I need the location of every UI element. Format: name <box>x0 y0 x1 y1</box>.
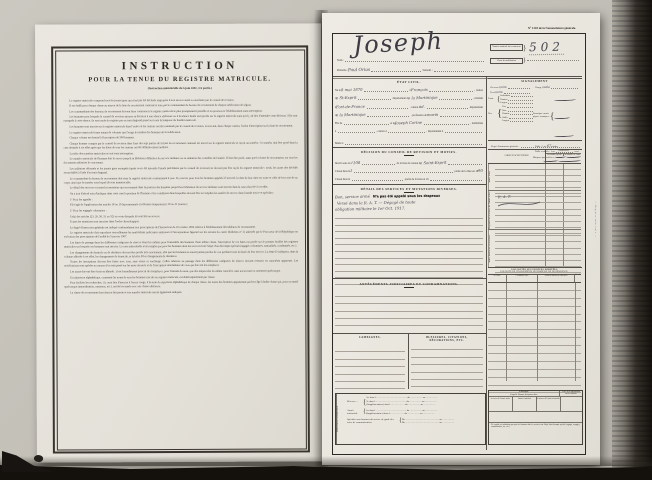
services-handwriting-block: Bon, service armé N'a pas été appelé sou… <box>333 192 485 212</box>
services-ruled-area <box>333 212 485 285</box>
ruled-line <box>488 291 581 299</box>
list-item: Celui des articles (23, 26, 50, 51 ou 52… <box>64 214 298 219</box>
etat-civil-line: d e St-Esprit département d e la Martini… <box>333 92 485 100</box>
ruled-line <box>335 245 483 252</box>
dotted-rule <box>434 71 484 72</box>
territoriale-label: Armée territoriale <box>347 409 363 415</box>
corps-group-armee-active: Armée active <box>488 164 581 191</box>
localites-title: LOCALITÉS SUCCESSIVES HABITÉES PAR SUITE… <box>488 269 581 273</box>
nom-label: Nom : <box>337 59 344 62</box>
localites-col-dates: DATES <box>488 275 507 282</box>
ruled-line <box>335 226 483 233</box>
printed-label: partie de la liste en 19 <box>405 178 429 181</box>
renseignements-values <box>554 89 581 143</box>
printed-label: partie de la liste en 18 <box>455 170 479 173</box>
dotted-rule <box>508 88 530 89</box>
epoque-col2: l'armée territoriale <box>513 397 537 411</box>
printed-label: , profession de <box>411 114 427 117</box>
list-item: La classe de recrutement dont chacun fai… <box>64 290 298 295</box>
ruled-line <box>335 360 405 367</box>
handwritten-value: e Saint-Esprit <box>420 160 447 166</box>
corps-group-disponibilite: Disponibilité et réserve de l'armée acti… <box>488 191 581 230</box>
ruled-line <box>488 354 581 362</box>
list-item: Les changements de domicile ou de réside… <box>64 250 298 259</box>
printed-label: Marié à <box>335 142 343 145</box>
ruled-line <box>488 346 581 354</box>
blessures-title-line2: DÉCORATIONS, ETC. <box>430 339 465 342</box>
section-rule <box>488 267 582 268</box>
localites-col-communes: COMMUNES <box>507 275 538 282</box>
brace-glyph: } <box>523 44 526 52</box>
services-hw-line1: Bon, service armé <box>335 194 370 200</box>
ruled-line <box>411 373 483 380</box>
printed-label: Né le <box>335 89 341 92</box>
corps-group-territoriale: Armée territoriale et sa réserve <box>488 230 581 267</box>
epoque-col1: la réserve de l'armée active <box>489 397 513 411</box>
handwritten-value: noirs <box>495 90 503 94</box>
ruled-line <box>488 299 581 307</box>
list-item: On a tout d'abord soin d'indiquer dans c… <box>64 191 298 196</box>
surnom-label: Surnom : <box>423 69 433 72</box>
handwritten-value: ovale <box>541 85 549 89</box>
handwritten-value: noirs <box>498 85 506 89</box>
printed-label: Front <box>488 97 497 100</box>
instruction-title: INSTRUCTION <box>53 59 306 72</box>
list-item: Les hommes sont inscrits sur le registre… <box>63 125 297 130</box>
territoriale-rows: 1re dans l………………………………… du …………… au …………… <box>366 409 482 416</box>
list-item: Toutes les inscriptions doivent être fai… <box>64 260 298 269</box>
list-item: Les dates de passage dans les différente… <box>64 241 298 250</box>
instruction-subtitle: POUR LA TENUE DU REGISTRE MATRICULE. <box>53 75 306 83</box>
prenoms-label: Prénoms : <box>337 69 348 72</box>
ruled-line <box>335 265 483 272</box>
printed-label: de la liste du canton d <box>397 162 421 165</box>
list-item: Hauteur <box>502 112 533 116</box>
handwritten-value: Joseph Corine <box>395 120 422 126</box>
list-item: Saillie <box>502 115 533 119</box>
ruled-line <box>411 380 483 387</box>
list-item: Les militaires réformés et les jeunes ge… <box>64 166 298 175</box>
list-item: (Supplémentaires) dans l……………… du …………… … <box>366 403 482 407</box>
table-vline <box>537 283 538 381</box>
printed-label: , canton d <box>410 106 421 109</box>
group-ruled-rows <box>495 230 581 267</box>
dotted-rule <box>445 132 482 133</box>
dotted-rule <box>429 91 473 92</box>
epoque-col3: la réserve de l'armée territoriale <box>537 397 561 411</box>
list-item: (Supplémentaires) dans l……………… du …………… … <box>366 412 482 416</box>
nomenclature-number: N° 1203 de la Nomenclature générale. <box>528 26 576 30</box>
list-item: Le registre matricule doit reproduire te… <box>64 231 298 240</box>
list-item: Le registre matricule comprend tous les … <box>63 98 297 103</box>
printed-label: département d <box>393 97 408 100</box>
handwritten-value: 90 <box>478 168 483 173</box>
ruled-line <box>335 345 405 352</box>
decision-line: Classé dans la 1 partie de la liste en 1… <box>333 165 485 173</box>
printed-label: Cheveux <box>490 86 499 89</box>
dotted-rule <box>521 147 580 148</box>
ruled-line <box>335 367 405 374</box>
renseignements-group: Renseigne- ments physio- nomiques : { <box>533 89 581 143</box>
dotted-rule <box>352 180 404 181</box>
group-ruled-rows <box>495 164 581 190</box>
decision-section: DÉCISION DU CONSEIL DE REVISION ET MOTIF… <box>333 150 485 181</box>
handwritten-value: marin <box>427 112 438 117</box>
localites-ruled-rows <box>488 283 581 393</box>
handwritten-value: 108 <box>353 160 360 165</box>
handwriting-illegible <box>554 98 576 102</box>
list-item: Hauteur <box>500 97 533 101</box>
localites-col-subdivision: SUBDIVISION DE RÉGION <box>538 275 575 282</box>
list-item: Indications <box>500 94 533 98</box>
instruction-note: (Instruction ministérielle du 6 juin 186… <box>53 85 306 90</box>
instruction-header: INSTRUCTION POUR LA TENUE DU REGISTRE MA… <box>53 59 306 90</box>
printed-label: Nez <box>488 112 497 115</box>
ruled-line <box>488 370 581 378</box>
list-item: La série des numéros matricules se suit … <box>64 151 298 156</box>
handwritten-value: 8 mai 1870 <box>341 87 363 92</box>
dotted-rule <box>345 61 483 62</box>
blessures-ruled-area <box>409 342 485 387</box>
epoque-subtitle: à laquelle l'homme doit passer dans : <box>489 394 559 396</box>
speciales-rows: Du …………………………………… au ……………Du ……………………………… <box>402 418 482 425</box>
printed-label: Classé dans la <box>335 178 350 181</box>
antecedents-section: ANTÉCÉDENTS JUDICIAIRES ET CONDAMNATIONS… <box>333 282 485 334</box>
dotted-rule <box>344 124 389 125</box>
etat-civil-line: Fils de et de Joseph Corine , domiciliés <box>333 117 485 125</box>
group-label: Armée active <box>488 164 495 190</box>
list-item: Largeur <box>502 119 533 123</box>
decision-title: DÉCISION DU CONSEIL DE REVISION ET MOTIF… <box>333 150 485 155</box>
list-item: Toutes les mutations sont inscrites dans… <box>64 220 298 225</box>
ruled-line <box>335 232 483 239</box>
numeros-sub1: au contrôle spécial <box>546 154 564 156</box>
ruled-line <box>335 297 483 304</box>
corps-table: CORPS D'AFFECTATION NUMÉROS au contrôle … <box>488 150 581 266</box>
list-item: Chaque volume est destiné à l'inscriptio… <box>64 136 298 141</box>
brace-glyph: } <box>523 58 526 64</box>
dotted-rule <box>527 60 578 61</box>
matricule-form-frame: Joseph Nom : Prénoms : Paul Orius Surnom… <box>332 33 586 455</box>
blessures-section: BLESSURES, CITATIONS, DÉCORATIONS, ETC. <box>409 336 485 387</box>
dotted-rule <box>358 99 391 100</box>
list-item: Un répertoire alphabétique, contenant le… <box>64 275 298 280</box>
dotted-rule <box>338 132 375 133</box>
instruction-page: INSTRUCTION POUR LA TENUE DU REGISTRE MA… <box>35 23 323 462</box>
reserve-label: Réserve..... <box>347 400 363 403</box>
dotted-rule <box>427 108 469 109</box>
list-item: Chaque homme compris par le conseil de r… <box>64 142 298 151</box>
list-item: Pour faciliter les recherches, il y aura… <box>64 281 298 290</box>
title-dash <box>404 155 414 156</box>
printed-label: Inscrit sous le n° <box>335 162 353 165</box>
etat-civil-line: d e la Martinique , profession de marin <box>333 109 485 117</box>
ruled-line <box>335 259 483 266</box>
cheveux-row: Cheveux noirs <box>488 84 533 89</box>
list-item: Le degré d'instruction générale est indi… <box>64 225 298 230</box>
dotted-rule <box>345 144 482 145</box>
printed-label: , résidant <box>473 97 483 100</box>
page-edge-streaks <box>612 0 652 480</box>
list-item: Les commandants des bureaux de recruteme… <box>63 109 297 114</box>
front-group: Front { IndicationsHauteurLargeur <box>488 94 533 105</box>
section-rule <box>488 140 582 141</box>
bottom-shadow <box>0 456 652 466</box>
instruction-border-frame: INSTRUCTION POUR LA TENUE DU REGISTRE MA… <box>51 45 310 453</box>
dotted-rule <box>440 116 482 117</box>
dotted-rule <box>354 172 453 173</box>
group-label: Armée territoriale et sa réserve <box>488 230 495 267</box>
list-item: Le numéro matricule de l'homme doit le s… <box>64 157 298 166</box>
ruled-line <box>488 362 581 370</box>
section-rule <box>333 333 486 334</box>
services-title-text: DÉTAIL DES SERVICES ET MUTATIONS DIVERSE… <box>361 187 458 191</box>
handwritten-value: id. <box>420 104 425 109</box>
section-rule <box>333 184 486 185</box>
ruled-line <box>335 252 483 259</box>
dotted-rule <box>424 124 469 125</box>
printed-label: Visage <box>535 86 542 89</box>
localites-table: LOCALITÉS SUCCESSIVES HABITÉES PAR SUITE… <box>488 269 581 385</box>
printed-label: , département d <box>426 130 443 133</box>
handwritten-value: Fort-de-France <box>336 103 365 109</box>
numeros-sub2: au contrôle de l'arme <box>564 154 581 156</box>
list-item: Le commandant du bureau de recrutement d… <box>64 176 298 185</box>
etat-civil-line: Né le 8 mai 1870 à François , canton <box>333 84 485 92</box>
ruled-line <box>488 322 581 330</box>
dotted-rule <box>364 91 408 92</box>
periodes-side-label: PÉRIODES D'EXERCICES <box>336 394 344 444</box>
printed-label: , canton <box>474 89 483 92</box>
printed-label: , domiciliés <box>470 122 483 125</box>
ruled-line <box>335 219 483 226</box>
epoque-note: Ne remplir ces indications que pour les … <box>489 423 582 429</box>
ruled-line <box>335 382 405 389</box>
section-rule <box>333 278 486 279</box>
campagnes-section: CAMPAGNES. <box>333 336 407 389</box>
printed-label: , canton d <box>376 130 387 133</box>
handwriting-illegible <box>554 134 574 138</box>
handwritten-value: François <box>411 87 428 92</box>
decision-line: Inscrit sous le n° 108 de la liste du ca… <box>333 157 485 165</box>
ruled-line <box>411 350 483 357</box>
dotted-rule <box>367 108 409 109</box>
ruled-line <box>495 228 581 234</box>
printed-label: Fils de <box>335 122 342 125</box>
signalement-title: SIGNALEMENT <box>488 80 581 83</box>
printed-label: Degré d'instruction générale : <box>491 145 519 148</box>
ruled-line <box>335 289 483 296</box>
ruled-line <box>335 239 483 246</box>
epoque-empty-cell <box>561 397 582 411</box>
list-item: 1° Pour les appelés : <box>64 197 298 202</box>
list-item: Du …………………………………… au …………… <box>402 421 482 425</box>
prenoms-value: Paul Orius <box>348 67 370 72</box>
list-item: Dos <box>502 104 533 108</box>
matricule-box: Numéro matricule du recrutement } 502 Cl… <box>490 40 580 64</box>
localites-title-line2: PAR SUITE DE CHANGEMENTS DE DOMICILE OU … <box>501 271 569 273</box>
nez-subrows: DosBaseHauteurSaillieLargeur <box>502 104 533 122</box>
scanned-register-spread: INSTRUCTION POUR LA TENUE DU REGISTRE MA… <box>0 0 652 480</box>
periodes-section: PÉRIODES D'EXERCICES Réserve..... { 1re … <box>335 393 486 445</box>
nez-group: Nez { DosBaseHauteurSaillieLargeur <box>488 104 533 122</box>
ruled-line <box>335 375 405 382</box>
etat-civil-line: à , canton d , département d <box>333 125 485 133</box>
ruled-line <box>488 283 581 291</box>
localites-body <box>488 283 581 381</box>
epoque-table: ÉPOQUE à laquelle l'homme doit passer da… <box>488 390 583 445</box>
table-vline <box>506 283 507 381</box>
ruled-line <box>335 212 483 219</box>
dotted-rule <box>448 164 481 165</box>
name-handwritten-large: Joseph <box>353 29 443 57</box>
column-divider <box>486 76 487 450</box>
margin-imprint: — Registre matricule — <box>594 201 597 238</box>
services-section: DÉTAIL DES SERVICES ET MUTATIONS DIVERSE… <box>333 187 485 285</box>
dotted-rule <box>388 132 425 133</box>
ruled-line <box>335 304 483 311</box>
decision-line: Classé dans la partie de la liste en 19 <box>333 173 485 181</box>
dotted-rule <box>430 180 482 181</box>
etat-civil-line: à Fort-de-France , canton d id. départem… <box>333 100 485 108</box>
etat-civil-section: ÉTAT CIVIL. Né le 8 mai 1870 à François … <box>333 80 485 145</box>
dotted-rule <box>362 164 395 165</box>
ruled-line <box>411 343 483 350</box>
speciales-label: Spéciales aux hommes du service de garde… <box>347 418 399 424</box>
list-item: Le détail des services et toutes les mut… <box>64 186 298 191</box>
table-vline <box>575 283 576 381</box>
services-hw-line3: obligation militaire le 1er Oct. 1917. <box>335 206 406 212</box>
decision-title-text: DÉCISION DU CONSEIL DE REVISION ET MOTIF… <box>361 150 457 154</box>
list-item: 2° Pour les engagés volontaires : <box>64 208 298 213</box>
printed-label: à <box>335 130 336 133</box>
list-item: Les hommes pour lesquels le conseil de r… <box>63 115 297 124</box>
group-label: Disponibilité et réserve de l'armée acti… <box>488 191 495 229</box>
instruction-body: Le registre matricule comprend tous les … <box>63 98 298 297</box>
ruled-line <box>488 315 581 323</box>
handwritten-value: 1 <box>350 168 353 173</box>
printed-label: Classé dans la <box>335 170 350 173</box>
epoque-value-row <box>489 412 582 423</box>
list-item: S'il s'agit de l'application des article… <box>64 203 298 208</box>
ruled-line <box>488 330 581 338</box>
periodes-body: Réserve..... { 1re dans l………………………………… d… <box>344 394 485 444</box>
handwriting-illegible <box>554 116 570 120</box>
list-item: Base <box>502 108 533 112</box>
campagnes-ruled-area <box>333 339 407 389</box>
ruled-line <box>488 378 581 386</box>
list-item: Les noms doivent être écrits en bâtarde … <box>64 269 298 274</box>
section-rule <box>488 78 582 79</box>
degre-instruction-row: Degré d'instruction générale : <box>489 142 583 148</box>
handwritten-value: e St-Esprit <box>336 95 357 100</box>
dotted-rule <box>371 71 421 72</box>
matricule-page: N° 1203 de la Nomenclature générale. — R… <box>322 13 600 465</box>
dotted-rule <box>439 99 472 100</box>
handwritten-flourish <box>497 199 541 209</box>
antecedents-title-text: ANTÉCÉDENTS JUDICIAIRES ET CONDAMNATIONS… <box>359 282 458 286</box>
ruled-line <box>335 319 483 326</box>
corps-header: CORPS D'AFFECTATION <box>488 150 546 163</box>
ruled-line <box>488 307 581 315</box>
printed-label: Renseigne- ments physio- nomiques : <box>533 113 550 118</box>
ruled-line <box>411 365 483 372</box>
stamp-text: N'a pas été appelé sous les drapeaux <box>373 194 440 199</box>
printed-label: département <box>470 106 483 109</box>
matricule-number-label: Numéro matricule du recrutement <box>490 44 523 50</box>
localites-col-dr: D ou R <box>575 275 581 282</box>
etat-civil-line: Marié à <box>333 137 485 145</box>
ruled-line <box>411 358 483 365</box>
book-edge-shadow <box>612 0 652 480</box>
ruled-line <box>488 338 581 346</box>
front-subrows: IndicationsHauteurLargeur <box>500 94 533 105</box>
epoque-col-date-lib: DATE de la libération du service militai… <box>560 391 582 396</box>
corps-table-body: Armée active Disponibilité et réserve de… <box>488 164 581 266</box>
list-item: Il est établi pour chaque classe au moye… <box>63 104 297 109</box>
antecedents-ruled-area <box>333 287 485 333</box>
classe-mobilisation-label: Classe de mobilisation <box>490 58 523 64</box>
handwritten-value: e la Martinique <box>336 111 366 117</box>
matricule-number-value: 502 <box>529 40 564 56</box>
reserve-rows: 1re dans l………………………………… du …………… au …………… <box>366 396 482 407</box>
dotted-rule <box>367 116 409 117</box>
ruled-line <box>335 352 405 359</box>
ruled-line <box>335 312 483 319</box>
section-rule <box>333 147 486 148</box>
prenoms-row: Prénoms : Paul Orius Surnom : <box>335 64 487 72</box>
list-item: Le registre matricule forme autant de vo… <box>64 130 298 135</box>
